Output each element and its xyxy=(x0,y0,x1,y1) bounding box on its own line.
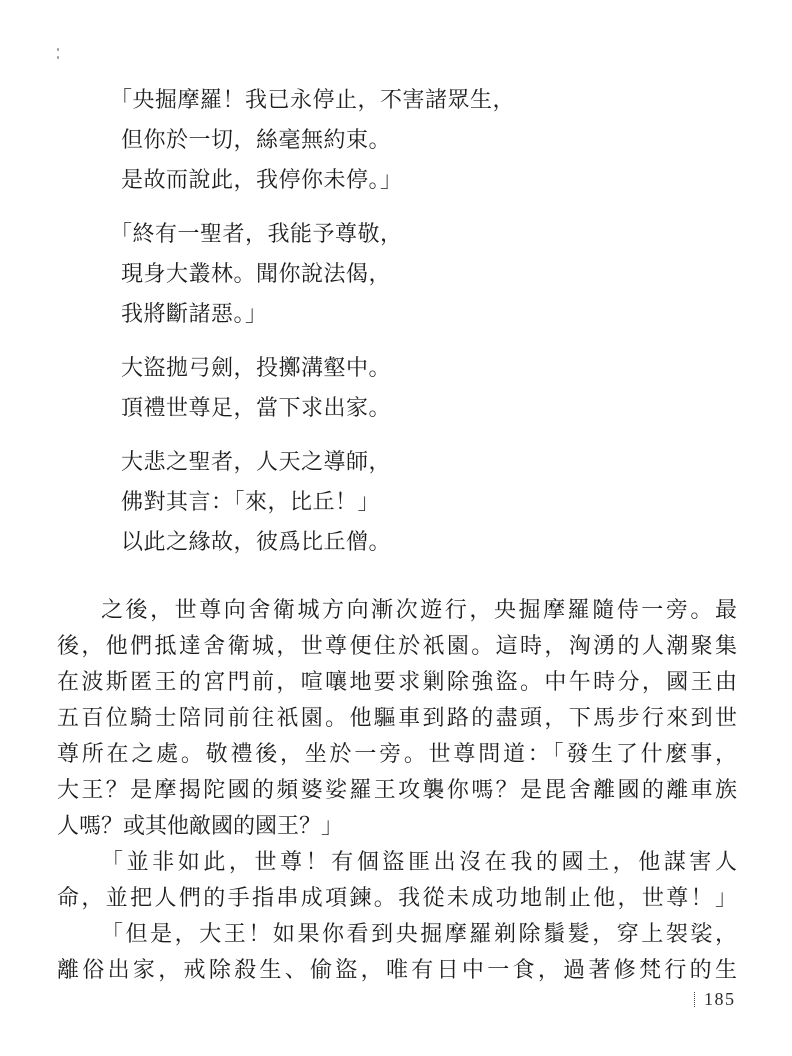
verse-line: 「終有一聖者，我能予尊敬， xyxy=(110,214,737,254)
text-block: 「央掘摩羅！我已永停止，不害諸眾生， 但你於一切，絲毫無約束。 是故而說此，我停… xyxy=(57,80,737,988)
scan-speck xyxy=(57,48,59,51)
prose-line: 人嗎？或其他敵國的國王？」 xyxy=(57,808,737,844)
prose-line: 五百位騎士陪同前往祇園。他驅車到路的盡頭，下馬步行來到世 xyxy=(57,700,737,736)
verse-line: 佛對其言：「來，比丘！」 xyxy=(110,482,737,522)
scan-speck xyxy=(57,56,59,59)
verse-line: 大盜拋弓劍，投擲溝壑中。 xyxy=(110,348,737,388)
verse-line: 但你於一切，絲毫無約束。 xyxy=(110,120,737,160)
verse-line: 是故而說此，我停你未停。」 xyxy=(110,160,737,200)
prose-line: 命，並把人們的手指串成項鍊。我從未成功地制止他，世尊！」 xyxy=(57,880,737,916)
paragraph-2: 「並非如此，世尊！有個盜匪出沒在我的國土，他謀害人 命，並把人們的手指串成項鍊。… xyxy=(57,844,737,916)
verse-stanza-4: 大悲之聖者，人天之導師， 佛對其言：「來，比丘！」 以此之緣故，彼爲比丘僧。 xyxy=(110,442,737,562)
prose-line: 離俗出家，戒除殺生、偷盜，唯有日中一食，過著修梵行的生 xyxy=(57,952,737,988)
verse-line: 以此之緣故，彼爲比丘僧。 xyxy=(110,522,737,562)
verse-line: 大悲之聖者，人天之導師， xyxy=(110,442,737,482)
verse-line: 現身大叢林。聞你說法偈， xyxy=(110,254,737,294)
prose-line: 後，他們抵達舍衛城，世尊便住於祇園。這時，洶湧的人潮聚集 xyxy=(57,628,737,664)
prose-line: 在波斯匿王的宮門前，喧嚷地要求剿除強盜。中午時分，國王由 xyxy=(57,664,737,700)
verse-stanza-2: 「終有一聖者，我能予尊敬， 現身大叢林。聞你說法偈， 我將斷諸惡。」 xyxy=(110,214,737,334)
prose-section: 之後，世尊向舍衛城方向漸次遊行，央掘摩羅隨侍一旁。最 後，他們抵達舍衛城，世尊便… xyxy=(57,592,737,988)
prose-line: 「但是，大王！如果你看到央掘摩羅剃除鬚髮，穿上袈裟， xyxy=(57,916,737,952)
prose-line: 之後，世尊向舍衛城方向漸次遊行，央掘摩羅隨侍一旁。最 xyxy=(57,592,737,628)
book-page: 「央掘摩羅！我已永停止，不害諸眾生， 但你於一切，絲毫無約束。 是故而說此，我停… xyxy=(0,0,792,1056)
verse-stanza-3: 大盜拋弓劍，投擲溝壑中。 頂禮世尊足，當下求出家。 xyxy=(110,348,737,428)
verse-line: 頂禮世尊足，當下求出家。 xyxy=(110,388,737,428)
verse-stanza-1: 「央掘摩羅！我已永停止，不害諸眾生， 但你於一切，絲毫無約束。 是故而說此，我停… xyxy=(110,80,737,200)
paragraph-3: 「但是，大王！如果你看到央掘摩羅剃除鬚髮，穿上袈裟， 離俗出家，戒除殺生、偷盜，… xyxy=(57,916,737,988)
page-number: 185 xyxy=(694,988,736,1010)
paragraph-1: 之後，世尊向舍衛城方向漸次遊行，央掘摩羅隨侍一旁。最 後，他們抵達舍衛城，世尊便… xyxy=(57,592,737,844)
prose-line: 大王？是摩揭陀國的頻婆娑羅王攻襲你嗎？是毘舍離國的離車族 xyxy=(57,772,737,808)
prose-line: 尊所在之處。敬禮後，坐於一旁。世尊問道：「發生了什麼事， xyxy=(57,736,737,772)
verse-line: 我將斷諸惡。」 xyxy=(110,294,737,334)
prose-line: 「並非如此，世尊！有個盜匪出沒在我的國土，他謀害人 xyxy=(57,844,737,880)
page-number-separator xyxy=(694,992,695,1007)
page-number-value: 185 xyxy=(704,989,736,1010)
verse-line: 「央掘摩羅！我已永停止，不害諸眾生， xyxy=(110,80,737,120)
